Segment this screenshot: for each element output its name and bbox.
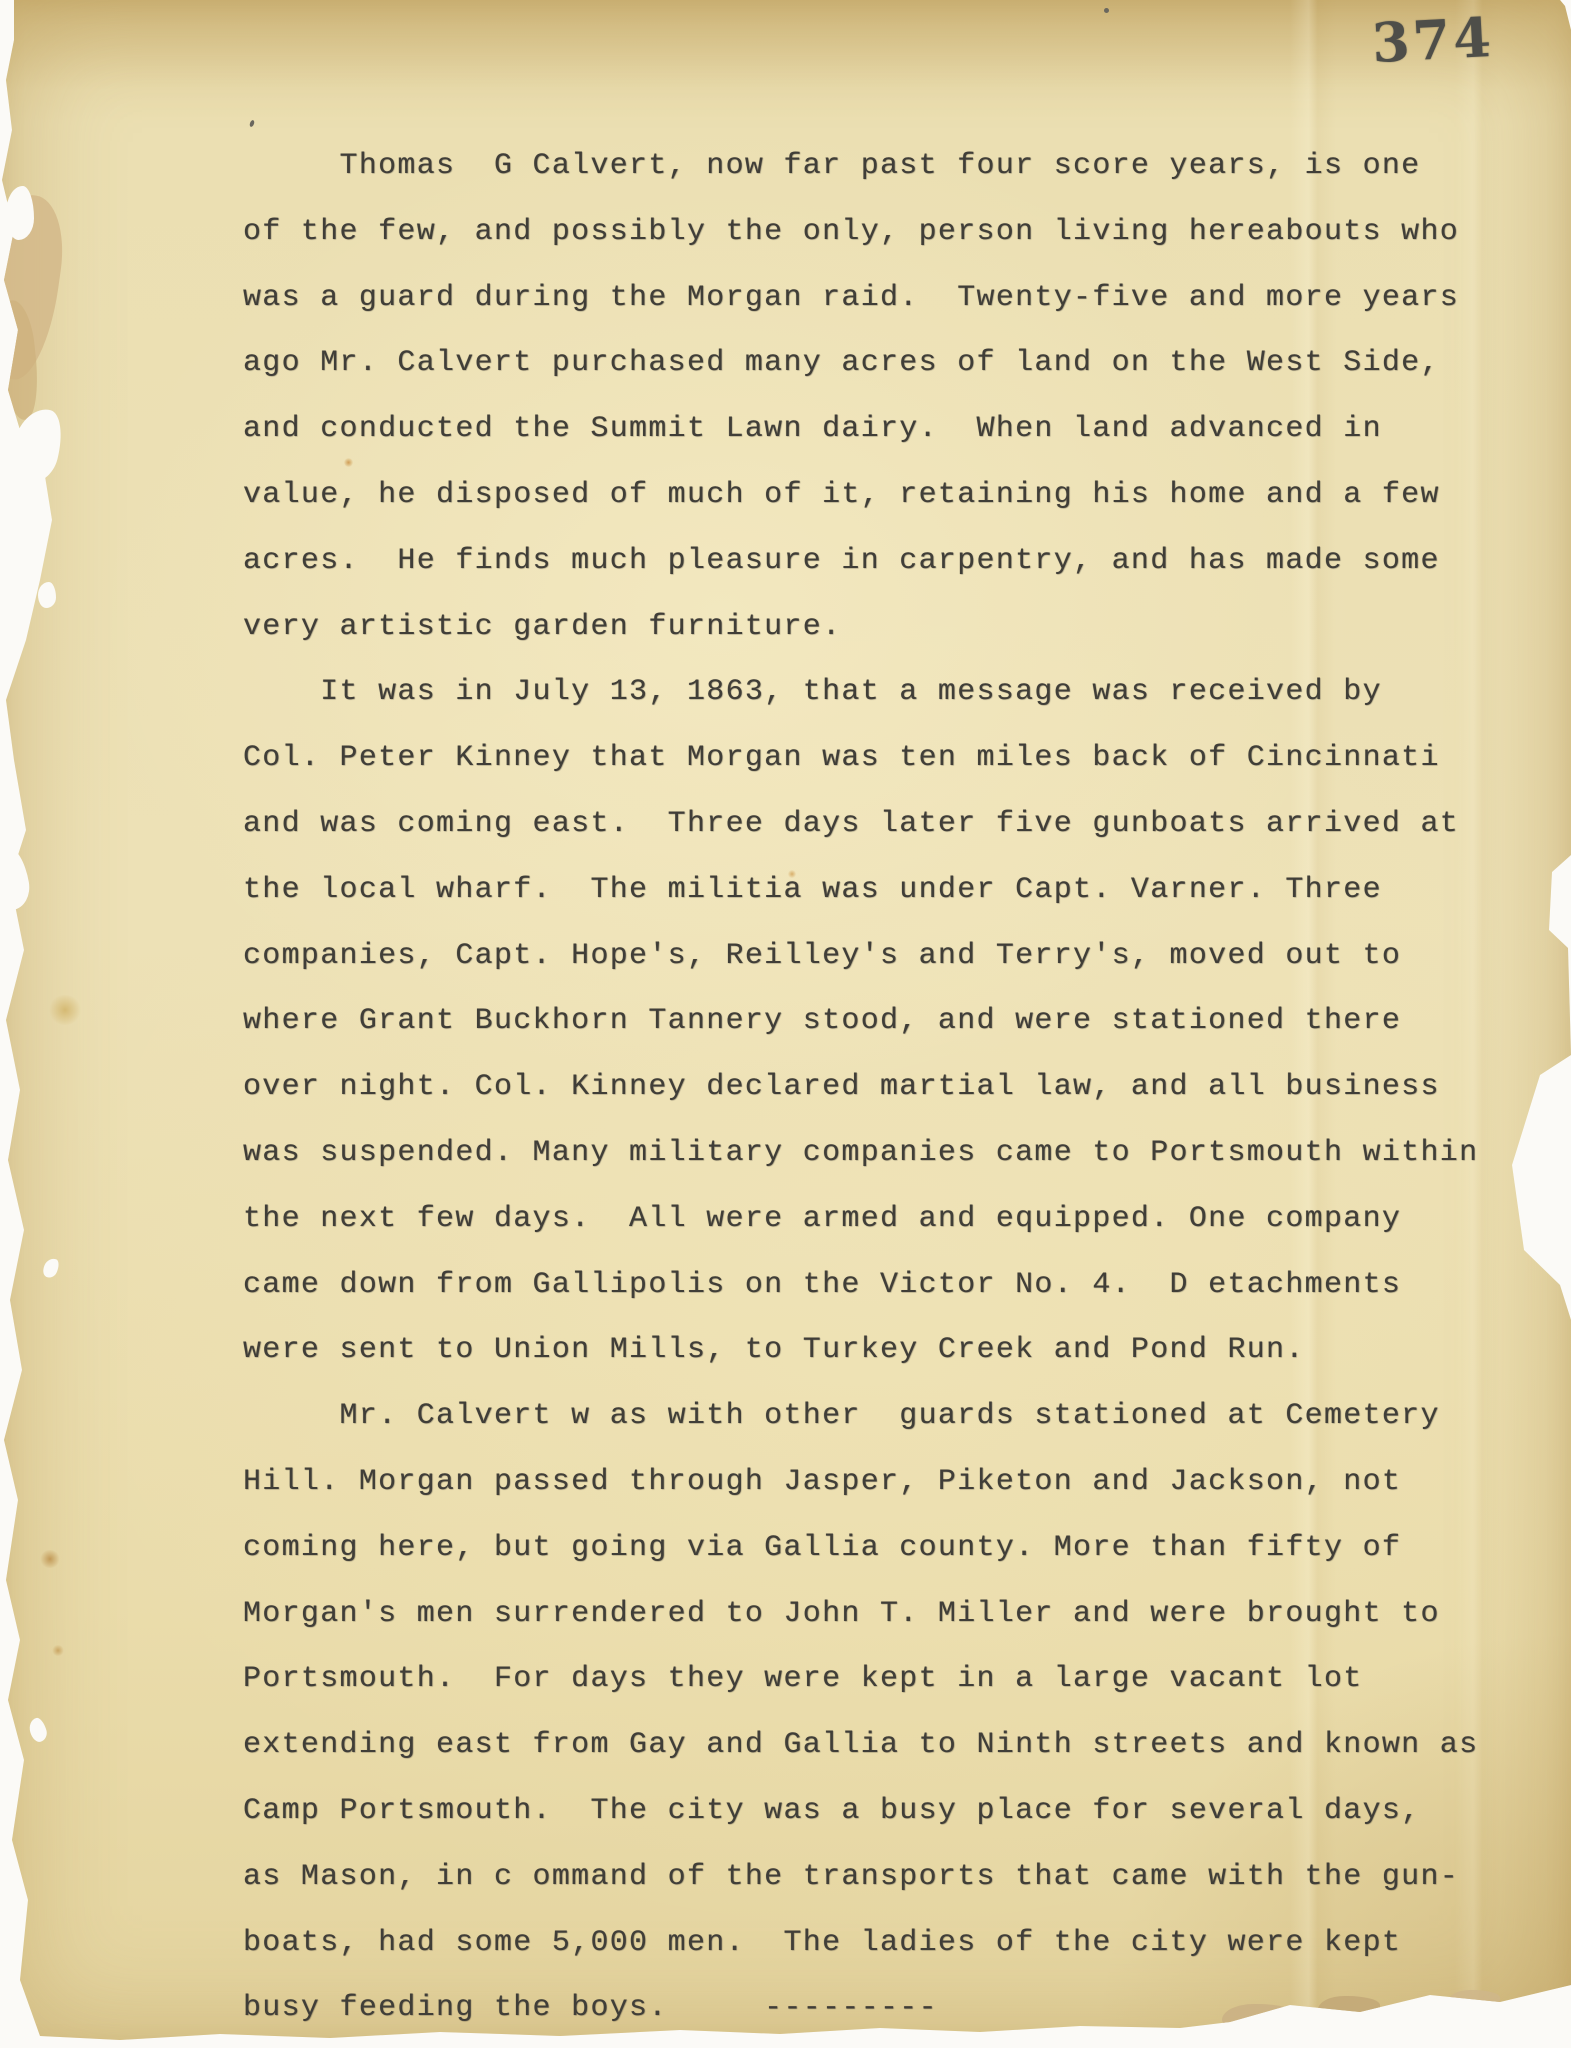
ink-speck bbox=[1104, 8, 1109, 13]
text-line: Thomas G Calvert, now far past four scor… bbox=[243, 134, 1503, 200]
text-line: where Grant Buckhorn Tannery stood, and … bbox=[243, 989, 1503, 1055]
text-line: was suspended. Many military companies c… bbox=[243, 1121, 1503, 1187]
text-line: companies, Capt. Hope's, Reilley's and T… bbox=[243, 924, 1503, 990]
text-line: coming here, but going via Gallia county… bbox=[243, 1516, 1503, 1582]
text-line: Morgan's men surrendered to John T. Mill… bbox=[243, 1582, 1503, 1648]
text-line: acres. He finds much pleasure in carpent… bbox=[243, 529, 1503, 595]
text-line: the next few days. All were armed and eq… bbox=[243, 1187, 1503, 1253]
text-line: It was in July 13, 1863, that a message … bbox=[243, 660, 1503, 726]
text-line: extending east from Gay and Gallia to Ni… bbox=[243, 1713, 1503, 1779]
stain bbox=[40, 1550, 60, 1568]
text-line: Portsmouth. For days they were kept in a… bbox=[243, 1647, 1503, 1713]
text-line: Col. Peter Kinney that Morgan was ten mi… bbox=[243, 726, 1503, 792]
text-line: the local wharf. The militia was under C… bbox=[243, 858, 1503, 924]
text-line: busy feeding the boys. --------- bbox=[243, 1976, 1503, 2042]
ink-speck bbox=[249, 120, 255, 128]
stain bbox=[52, 1645, 64, 1656]
text-line: very artistic garden furniture. bbox=[243, 595, 1503, 661]
page-number: 374 bbox=[1370, 5, 1495, 75]
stain bbox=[48, 995, 82, 1025]
text-line: boats, had some 5,000 men. The ladies of… bbox=[243, 1911, 1503, 1977]
text-line: came down from Gallipolis on the Victor … bbox=[243, 1253, 1503, 1319]
text-line: value, he disposed of much of it, retain… bbox=[243, 463, 1503, 529]
text-line: Hill. Morgan passed through Jasper, Pike… bbox=[243, 1450, 1503, 1516]
text-line: Mr. Calvert w as with other guards stati… bbox=[243, 1384, 1503, 1450]
torn-edge-hole bbox=[38, 582, 56, 608]
text-line: Camp Portsmouth. The city was a busy pla… bbox=[243, 1779, 1503, 1845]
scanned-page: 374 Thomas G Calvert, now far past four … bbox=[0, 0, 1571, 2048]
text-line: as Mason, in c ommand of the transports … bbox=[243, 1845, 1503, 1911]
text-line: and was coming east. Three days later fi… bbox=[243, 792, 1503, 858]
text-line: ago Mr. Calvert purchased many acres of … bbox=[243, 331, 1503, 397]
text-line: was a guard during the Morgan raid. Twen… bbox=[243, 266, 1503, 332]
text-line: and conducted the Summit Lawn dairy. Whe… bbox=[243, 397, 1503, 463]
text-line: of the few, and possibly the only, perso… bbox=[243, 200, 1503, 266]
torn-edge-hole bbox=[6, 186, 34, 240]
text-line: were sent to Union Mills, to Turkey Cree… bbox=[243, 1318, 1503, 1384]
text-line: over night. Col. Kinney declared martial… bbox=[243, 1055, 1503, 1121]
document-text: Thomas G Calvert, now far past four scor… bbox=[243, 134, 1503, 2042]
